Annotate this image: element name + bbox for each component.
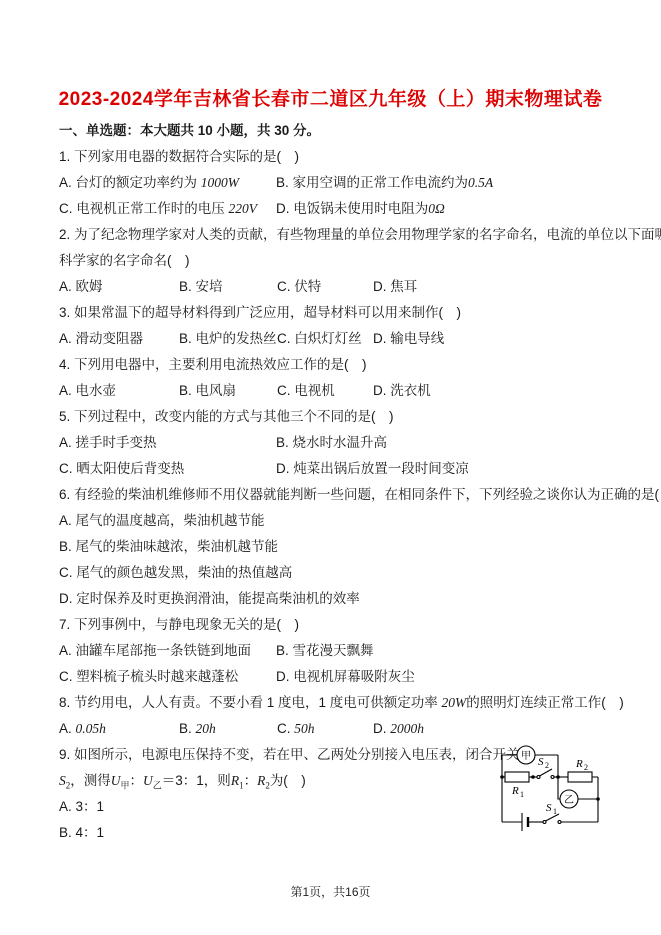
- question-8-option-d: D. 2000h: [373, 716, 424, 742]
- question-8-option-c: C. 50h: [277, 716, 315, 742]
- question-2-options-row: A. 欧姆 B. 安培 C. 伏特 D. 焦耳: [59, 274, 621, 300]
- question-1-option-b: B. 家用空调的正常工作电流约为0.5A: [276, 170, 493, 196]
- question-2-option-d: D. 焦耳: [373, 274, 417, 300]
- resistor-r2-label-sub: 2: [584, 763, 588, 772]
- questions-area: 1. 下列家用电器的数据符合实际的是( ) A. 台灯的额定功率约为 1000W…: [59, 144, 621, 846]
- question-3-option-a: A. 滑动变阻器: [59, 326, 143, 352]
- switch-s1-contact: [558, 821, 561, 824]
- question-6-option-a: A. 尾气的温度越高，柴油机越节能: [59, 508, 621, 534]
- question-4-option-b: B. 电风扇: [179, 378, 236, 404]
- question-8-option-b: B. 20h: [179, 716, 216, 742]
- question-6-option-c: C. 尾气的颜色越发黑，柴油的热值越高: [59, 560, 621, 586]
- switch-s1-label-sub: 1: [553, 807, 557, 816]
- question-3-stem: 3. 如果常温下的超导材料得到广泛应用，超导材料可以用来制作( ): [59, 300, 621, 326]
- question-3-option-d: D. 输电导线: [373, 326, 444, 352]
- voltmeter-jia-label: 甲: [521, 750, 531, 762]
- question-5-option-d: D. 炖菜出锅后放置一段时间变凉: [276, 456, 469, 482]
- question-5-option-c: C. 晒太阳使后背变热: [59, 456, 184, 482]
- question-7-options-row-1: A. 油罐车尾部拖一条铁链到地面 B. 雪花漫天飘舞: [59, 638, 621, 664]
- section-header: 一、单选题：本大题共 10 小题，共 30 分。: [59, 119, 320, 139]
- question-7-option-d: D. 电视机屏幕吸附灰尘: [276, 664, 415, 690]
- page-footer: 第1页，共16页: [0, 883, 661, 900]
- question-6-stem: 6. 有经验的柴油机维修师不用仪器就能判断一些问题，在相同条件下，下列经验之谈你…: [59, 482, 621, 508]
- question-8-option-a: A. 0.05h: [59, 716, 106, 742]
- question-8-options-row: A. 0.05h B. 20h C. 50h D. 2000h: [59, 716, 621, 742]
- question-1-option-c: C. 电视机正常工作时的电压 220V: [59, 196, 257, 222]
- question-5-option-a: A. 搓手时手变热: [59, 430, 157, 456]
- question-4-option-a: A. 电水壶: [59, 378, 116, 404]
- question-4-options-row: A. 电水壶 B. 电风扇 C. 电视机 D. 洗衣机: [59, 378, 621, 404]
- question-2-option-a: A. 欧姆: [59, 274, 103, 300]
- question-6-option-b: B. 尾气的柴油味越浓，柴油机越节能: [59, 534, 621, 560]
- exam-paper-page: 2023-2024学年吉林省长春市二道区九年级（上）期末物理试卷 一、单选题：本…: [0, 0, 661, 935]
- resistor-r2-label: R: [575, 758, 583, 770]
- question-1-option-d: D. 电饭锅未使用时电阻为0Ω: [276, 196, 445, 222]
- question-3-option-c: C. 白炽灯灯丝: [277, 326, 362, 352]
- question-3-option-b: B. 电炉的发热丝: [179, 326, 277, 352]
- question-1-option-a: A. 台灯的额定功率约为 1000W: [59, 170, 239, 196]
- question-4-stem: 4. 下列用电器中，主要利用电流热效应工作的是( ): [59, 352, 621, 378]
- circuit-diagram: 甲 R 1 S 2 R 2 乙 S 1: [492, 744, 650, 848]
- resistor-r1-label-sub: 1: [520, 790, 524, 799]
- question-7-option-c: C. 塑料梳子梳头时越来越蓬松: [59, 664, 238, 690]
- question-5-options-row-1: A. 搓手时手变热 B. 烧水时水温升高: [59, 430, 621, 456]
- switch-s1-label: S: [546, 802, 552, 814]
- switch-s2-blade: [540, 769, 553, 776]
- question-7-option-a: A. 油罐车尾部拖一条铁链到地面: [59, 638, 251, 664]
- question-1-stem: 1. 下列家用电器的数据符合实际的是( ): [59, 144, 621, 170]
- switch-s2-contact: [551, 776, 554, 779]
- question-7-options-row-2: C. 塑料梳子梳头时越来越蓬松 D. 电视机屏幕吸附灰尘: [59, 664, 621, 690]
- resistor-r1-label: R: [511, 785, 519, 797]
- question-2-stem-line-2: 科学家的名字命名( ): [59, 248, 621, 274]
- question-4-option-c: C. 电视机: [277, 378, 335, 404]
- question-2-option-b: B. 安培: [179, 274, 223, 300]
- question-7-stem: 7. 下列事例中，与静电现象无关的是( ): [59, 612, 621, 638]
- question-5-options-row-2: C. 晒太阳使后背变热 D. 炖菜出锅后放置一段时间变凉: [59, 456, 621, 482]
- question-5-stem: 5. 下列过程中，改变内能的方式与其他三个不同的是( ): [59, 404, 621, 430]
- question-4-option-d: D. 洗衣机: [373, 378, 431, 404]
- page-title: 2023-2024学年吉林省长春市二道区九年级（上）期末物理试卷: [0, 84, 661, 111]
- question-5-option-b: B. 烧水时水温升高: [276, 430, 387, 456]
- question-6-option-d: D. 定时保养及时更换润滑油，能提高柴油机的效率: [59, 586, 621, 612]
- question-1-options-row-2: C. 电视机正常工作时的电压 220V D. 电饭锅未使用时电阻为0Ω: [59, 196, 621, 222]
- resistor-r2-symbol: [568, 772, 592, 782]
- question-2-stem-line-1: 2. 为了纪念物理学家对人类的贡献，有些物理量的单位会用物理学家的名字命名，电流…: [59, 222, 621, 248]
- question-3-options-row: A. 滑动变阻器 B. 电炉的发热丝 C. 白炽灯灯丝 D. 输电导线: [59, 326, 621, 352]
- voltmeter-yi-label: 乙: [564, 794, 574, 806]
- resistor-r1-symbol: [505, 772, 529, 782]
- question-8-stem: 8. 节约用电，人人有责。不要小看 1 度电，1 度电可供额定功率 20W的照明…: [59, 690, 621, 716]
- question-2-option-c: C. 伏特: [277, 274, 321, 300]
- question-7-option-b: B. 雪花漫天飘舞: [276, 638, 374, 664]
- question-1-options-row-1: A. 台灯的额定功率约为 1000W B. 家用空调的正常工作电流约为0.5A: [59, 170, 621, 196]
- switch-s2-label-sub: 2: [545, 761, 549, 770]
- switch-s2-label: S: [538, 756, 544, 768]
